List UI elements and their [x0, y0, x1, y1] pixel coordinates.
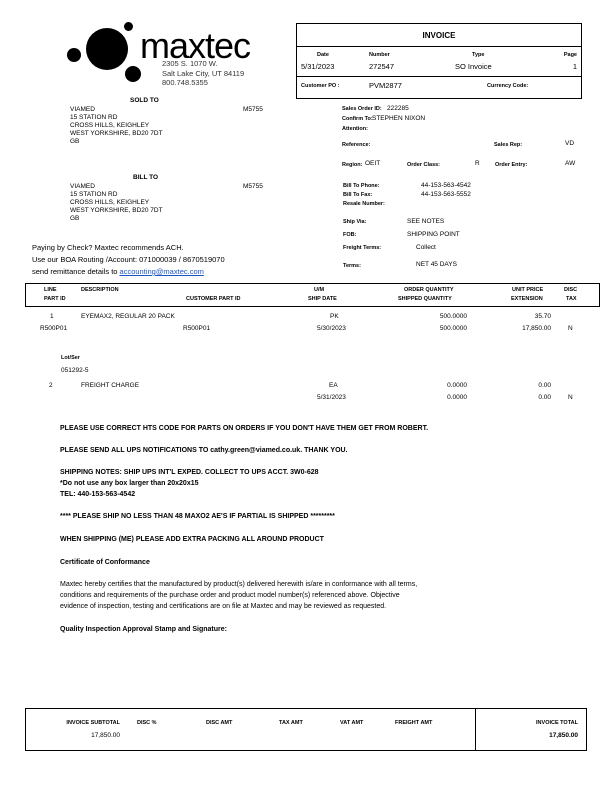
row-order-qty: 0.0000 [447, 382, 467, 389]
bill-to-line: VIAMED [70, 183, 95, 190]
note-line: TEL: 440-153-563-4542 [60, 491, 135, 498]
sold-to-line: GB [70, 138, 79, 145]
note-line: *Do not use any box larger than 20x20x15 [60, 480, 199, 487]
line-items-header: LINE DESCRIPTION U/M ORDER QUANTITY UNIT… [25, 283, 600, 307]
bill-to-phone-label: Bill To Phone: [343, 183, 380, 189]
ship-via-label: Ship Via: [343, 219, 366, 225]
sales-order-id: 222285 [387, 105, 409, 112]
row-customer-part-id: R500P01 [183, 325, 210, 332]
subtotal-label: INVOICE SUBTOTAL [66, 720, 120, 726]
terms-label: Terms: [343, 263, 361, 269]
row-ship-date: 5/31/2023 [317, 394, 346, 401]
lot-label: Lot/Ser [61, 355, 80, 361]
number-label: Number [369, 52, 390, 58]
col-tax: TAX [566, 296, 577, 302]
row-um: PK [330, 313, 339, 320]
order-class-label: Order Class: [407, 162, 440, 168]
region: OEIT [365, 160, 380, 167]
accounting-email-link[interactable]: accounting@maxtec.com [120, 267, 204, 276]
col-customer-part-id: CUSTOMER PART ID [186, 296, 241, 302]
attention-label: Attention: [342, 126, 368, 132]
order-entry: AW [565, 160, 575, 167]
subtotal-value: 17,850.00 [91, 732, 120, 739]
col-part-id: PART ID [44, 296, 66, 302]
row-extension: 0.00 [538, 394, 551, 401]
reference-label: Reference: [342, 142, 370, 148]
bill-to-line: GB [70, 215, 79, 222]
sold-to-customer-id: M5755 [243, 106, 263, 113]
col-um: U/M [314, 287, 324, 293]
certificate-heading: Certificate of Conformance [60, 559, 150, 566]
payment-note-line: Paying by Check? Maxtec recommends ACH. [32, 243, 184, 252]
invoice-header-box: INVOICE Date Number Type Page 5/31/2023 … [296, 23, 582, 99]
date-label: Date [317, 52, 329, 58]
col-order-qty: ORDER QUANTITY [404, 287, 454, 293]
bill-to-line: CROSS HILLS, KEIGHLEY [70, 199, 149, 206]
currency-code-label: Currency Code: [487, 83, 528, 89]
row-shipped-qty: 500.0000 [440, 325, 467, 332]
sold-to-heading: SOLD TO [130, 97, 159, 104]
row-line: 1 [50, 313, 54, 320]
certificate-text: conditions and requirements of the purch… [60, 592, 400, 599]
totals-box: INVOICE SUBTOTAL DISC % DISC AMT TAX AMT… [25, 708, 587, 751]
invoice-title: INVOICE [297, 31, 581, 40]
bill-to-customer-id: M5755 [243, 183, 263, 190]
confirm-to-label: Confirm To: [342, 116, 373, 122]
row-ship-date: 5/30/2023 [317, 325, 346, 332]
resale-number-label: Resale Number: [343, 201, 385, 207]
invoice-number: 272547 [369, 62, 394, 71]
company-address-line: 2305 S. 1070 W. [162, 59, 217, 68]
order-class: R [475, 160, 480, 167]
sold-to-line: WEST YORKSHIRE, BD20 7DT [70, 130, 163, 137]
invoice-type: SO Invoice [455, 62, 492, 71]
col-shipped-qty: SHIPPED QUANTITY [398, 296, 452, 302]
page-label: Page [564, 52, 577, 58]
bill-to-line: WEST YORKSHIRE, BD20 7DT [70, 207, 163, 214]
bill-to-line: 15 STATION RD [70, 191, 117, 198]
row-shipped-qty: 0.0000 [447, 394, 467, 401]
region-label: Region: [342, 162, 362, 168]
row-description: EYEMAX2, REGULAR 20 PACK [81, 313, 175, 320]
col-extension: EXTENSION [511, 296, 543, 302]
row-tax: N [568, 325, 573, 332]
freight-terms: Collect [416, 244, 436, 251]
freight-amt-label: FREIGHT AMT [395, 720, 432, 726]
note-line: WHEN SHIPPING (ME) PLEASE ADD EXTRA PACK… [60, 536, 324, 543]
customer-po-label: Customer PO : [301, 83, 340, 89]
sold-to-line: 15 STATION RD [70, 114, 117, 121]
col-line: LINE [44, 287, 57, 293]
confirm-to: STEPHEN NIXON [372, 115, 425, 122]
freight-terms-label: Freight Terms: [343, 245, 381, 251]
disc-amt-label: DISC AMT [206, 720, 232, 726]
disc-pct-label: DISC % [137, 720, 157, 726]
sold-to-line: CROSS HILLS, KEIGHLEY [70, 122, 149, 129]
order-entry-label: Order Entry: [495, 162, 527, 168]
sales-rep-label: Sales Rep: [494, 142, 522, 148]
certificate-text: Maxtec hereby certifies that the manufac… [60, 581, 417, 588]
invoice-date: 5/31/2023 [301, 62, 334, 71]
row-description: FREIGHT CHARGE [81, 382, 139, 389]
payment-note-line: send remittance details to [32, 267, 120, 276]
lot-number: 051292-5 [61, 367, 88, 374]
invoice-total-value: 17,850.00 [549, 732, 578, 739]
customer-po: PVM2877 [369, 81, 402, 90]
row-order-qty: 500.0000 [440, 313, 467, 320]
payment-note-line: Use our BOA Routing /Account: 071000039 … [32, 255, 225, 264]
fob-label: FOB: [343, 232, 356, 238]
sales-rep: VD [565, 140, 574, 147]
col-description: DESCRIPTION [81, 287, 119, 293]
row-line: 2 [49, 382, 53, 389]
fob: SHIPPING POINT [407, 231, 460, 238]
bill-to-phone: 44-153-563-4542 [421, 182, 471, 189]
sales-order-id-label: Sales Order ID: [342, 106, 382, 112]
invoice-total-label: INVOICE TOTAL [536, 720, 578, 726]
note-line: SHIPPING NOTES: SHIP UPS INT'L EXPED. CO… [60, 469, 319, 476]
tax-amt-label: TAX AMT [279, 720, 303, 726]
terms: NET 45 DAYS [416, 261, 457, 268]
row-part-id: R500P01 [40, 325, 67, 332]
bill-to-fax-label: Bill To Fax: [343, 192, 372, 198]
certificate-text: evidence of inspection, testing and cert… [60, 603, 386, 610]
note-line: PLEASE SEND ALL UPS NOTIFICATIONS TO cat… [60, 447, 348, 454]
type-label: Type [472, 52, 484, 58]
note-line: **** PLEASE SHIP NO LESS THAN 48 MAXO2 A… [60, 513, 335, 520]
sold-to-line: VIAMED [70, 106, 95, 113]
note-line: PLEASE USE CORRECT HTS CODE FOR PARTS ON… [60, 425, 428, 432]
col-ship-date: SHIP DATE [308, 296, 337, 302]
page-number: 1 [573, 62, 577, 71]
bill-to-fax: 44-153-563-5552 [421, 191, 471, 198]
row-unit-price: 0.00 [538, 382, 551, 389]
col-disc: DISC [564, 287, 577, 293]
col-unit-price: UNIT PRICE [512, 287, 543, 293]
company-phone: 800.748.5355 [162, 78, 208, 87]
company-address-line: Salt Lake City, UT 84119 [162, 69, 244, 78]
row-extension: 17,850.00 [522, 325, 551, 332]
row-um: EA [329, 382, 338, 389]
vat-amt-label: VAT AMT [340, 720, 363, 726]
row-tax: N [568, 394, 573, 401]
ship-via: SEE NOTES [407, 218, 444, 225]
bill-to-heading: BILL TO [133, 174, 158, 181]
approval-stamp-label: Quality Inspection Approval Stamp and Si… [60, 626, 227, 633]
row-unit-price: 35.70 [535, 313, 551, 320]
